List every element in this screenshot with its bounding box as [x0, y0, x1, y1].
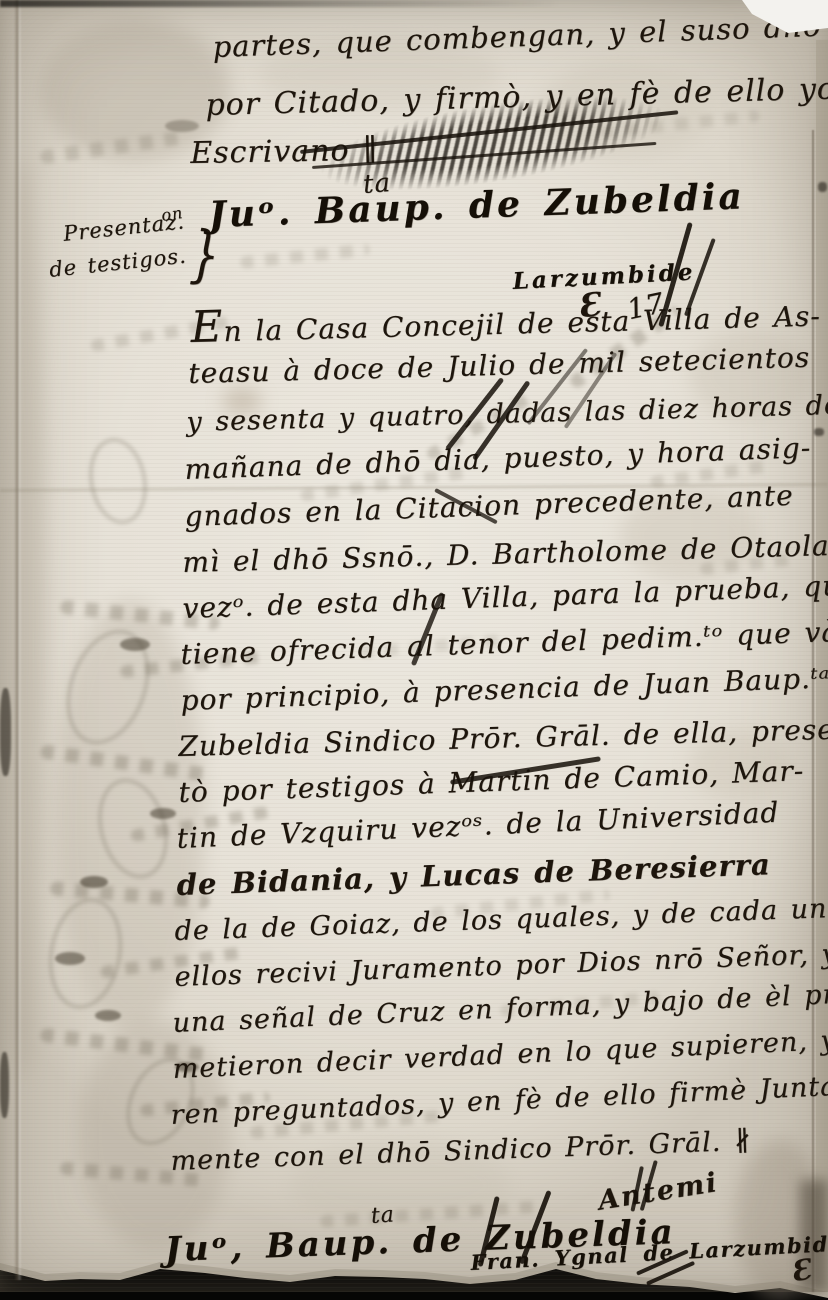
- left-edge-ink-mark: [0, 1052, 9, 1118]
- ink-smudge: [55, 952, 85, 965]
- vertical-fold-crease: [14, 0, 22, 1280]
- right-edge-tick: [818, 182, 827, 192]
- ink-smudge: [150, 808, 176, 819]
- ink-smudge: [95, 1010, 121, 1021]
- ink-smudge: [165, 120, 199, 132]
- ink-smudge: [120, 638, 150, 651]
- right-edge-tick: [814, 428, 824, 436]
- manuscript-page: Presentaz. on de testigos. } partes, que…: [0, 0, 828, 1300]
- top-page-edge-shadow: [0, 0, 560, 7]
- left-edge-ink-mark: [0, 688, 11, 776]
- margin-note-superscript: on: [160, 203, 184, 225]
- paper-stain: [0, 160, 46, 1080]
- ink-smudge: [80, 876, 108, 888]
